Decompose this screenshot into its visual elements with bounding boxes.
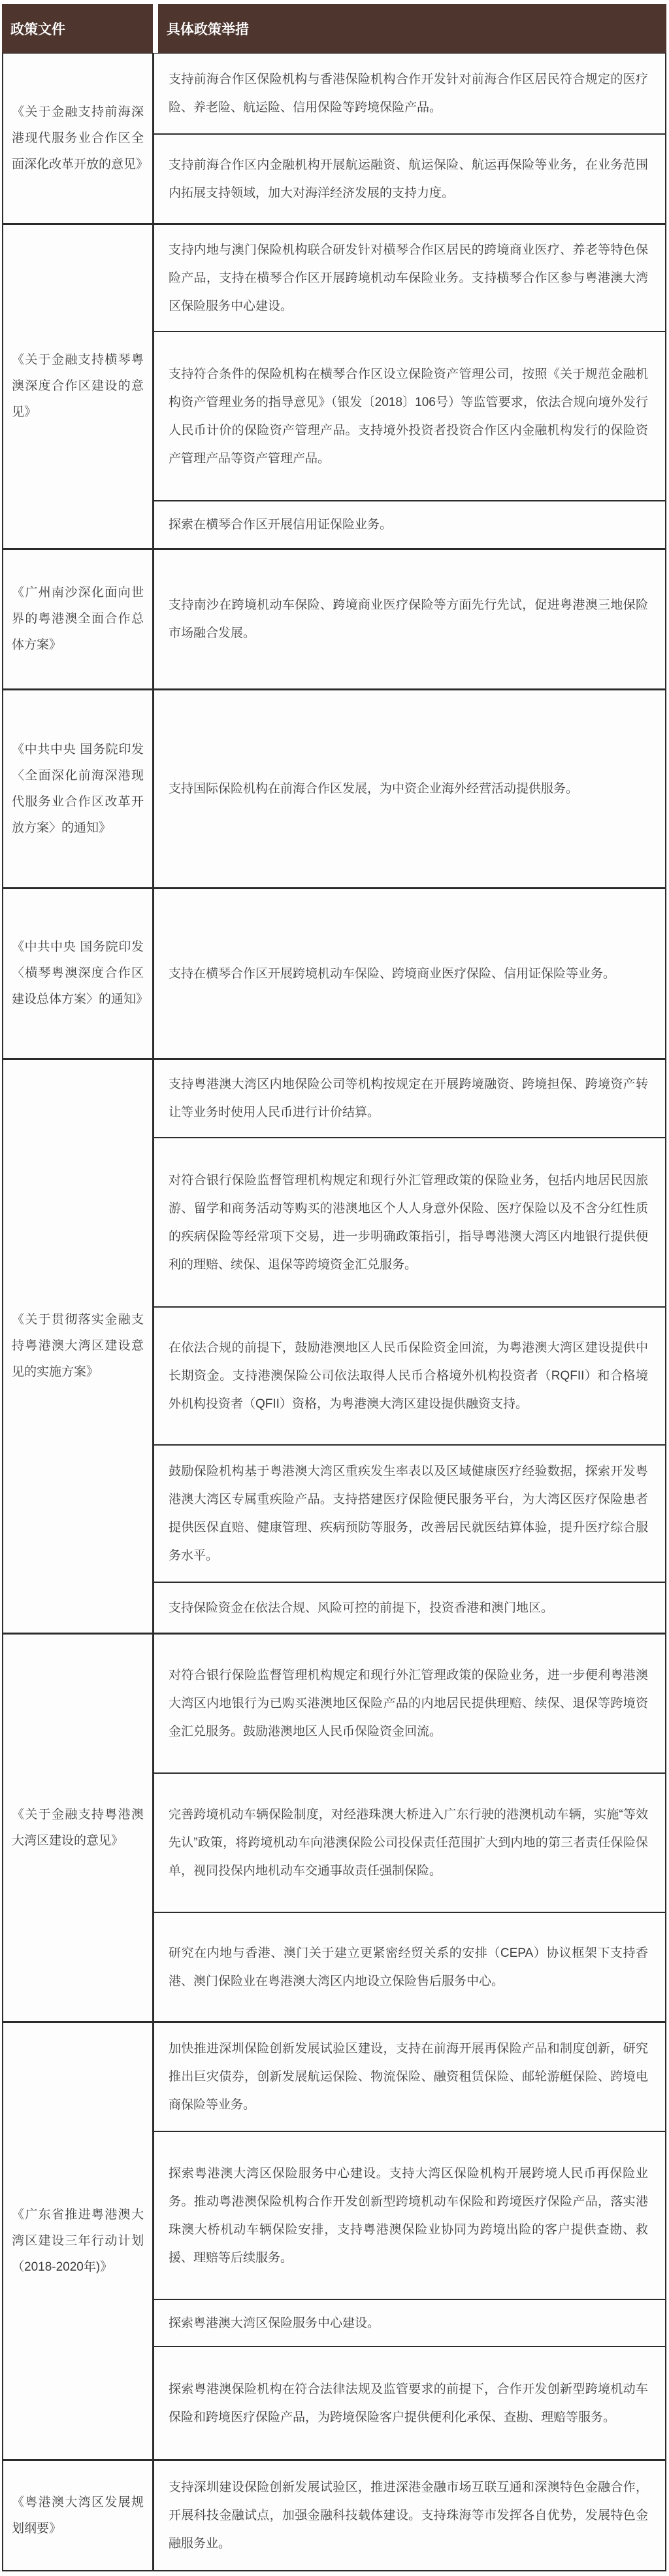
measure-text: 完善跨境机动车辆保险制度，对经港珠澳大桥进入广东行驶的港澳机动车辆，实施“等效先… bbox=[169, 1801, 648, 1885]
measure-cell: 加快推进深圳保险创新发展试验区建设，支持在前海开展再保险产品和制度创新，研究推出… bbox=[154, 2023, 665, 2131]
measure-text: 支持前海合作区保险机构与香港保险机构合作开发针对前海合作区居民符合规定的医疗险、… bbox=[169, 65, 648, 122]
policy-title-cell: 《粤港澳大湾区发展规划纲要》 bbox=[3, 2461, 154, 2570]
measure-text: 研究在内地与香港、澳门关于建立更紧密经贸关系的安排（CEPA）协议框架下支持香港… bbox=[169, 1939, 648, 1995]
measure-text: 探索粤港澳大湾区保险服务中心建设。支持大湾区保险机构开展跨境人民币再保险业务。推… bbox=[169, 2160, 648, 2272]
measure-text: 对符合银行保险监督管理机构规定和现行外汇管理政策的保险业务，包括内地居民因旅游、… bbox=[169, 1166, 648, 1279]
policy-title: 《关于金融支持前海深港现代服务业合作区全面深化改革开放的意见》 bbox=[12, 99, 144, 178]
measure-text: 支持前海合作区内金融机构开展航运融资、航运保险、航运再保险等业务，在业务范围内拓… bbox=[169, 151, 648, 207]
measure-text: 支持深圳建设保险创新发展试验区，推进深港金融市场互联互通和深澳特色金融合作，开展… bbox=[169, 2473, 648, 2558]
measure-cell: 支持前海合作区保险机构与香港保险机构合作开发针对前海合作区居民符合规定的医疗险、… bbox=[154, 54, 665, 133]
measures-column: 支持国际保险机构在前海合作区发展，为中资企业海外经营活动提供服务。 bbox=[154, 690, 665, 887]
policy-title: 《粤港澳大湾区发展规划纲要》 bbox=[12, 2490, 144, 2542]
policy-title: 《关于金融支持横琴粤澳深度合作区建设的意见》 bbox=[12, 347, 144, 426]
measure-cell: 在依法合规的前提下，鼓励港澳地区人民币保险资金回流，为粤港澳大湾区建设提供中长期… bbox=[154, 1306, 665, 1444]
measure-cell: 探索在横琴合作区开展信用证保险业务。 bbox=[154, 500, 665, 548]
measures-column: 支持内地与澳门保险机构联合研发针对横琴合作区居民的跨境商业医疗、养老等特色保险产… bbox=[154, 225, 665, 548]
measures-column: 支持在横琴合作区开展跨境机动车保险、跨境商业医疗保险、信用证保险等业务。 bbox=[154, 889, 665, 1058]
table-body: 《关于金融支持前海深港现代服务业合作区全面深化改革开放的意见》 支持前海合作区保… bbox=[2, 53, 666, 2571]
measures-column: 支持深圳建设保险创新发展试验区，推进深港金融市场互联互通和深澳特色金融合作，开展… bbox=[154, 2461, 665, 2570]
policy-title: 《广州南沙深化面向世界的粤港澳全面合作总体方案》 bbox=[12, 580, 144, 658]
policy-title-cell: 《中共中央 国务院印发〈全面深化前海深港现代服务业合作区改革开放方案〉的通知》 bbox=[3, 690, 154, 887]
measure-cell: 支持国际保险机构在前海合作区发展，为中资企业海外经营活动提供服务。 bbox=[154, 690, 665, 887]
policy-title-cell: 《关于金融支持横琴粤澳深度合作区建设的意见》 bbox=[3, 225, 154, 548]
policy-table: 政策文件 具体政策举措 《关于金融支持前海深港现代服务业合作区全面深化改革开放的… bbox=[0, 0, 669, 2576]
measure-text: 加快推进深圳保险创新发展试验区建设，支持在前海开展再保险产品和制度创新，研究推出… bbox=[169, 2035, 648, 2119]
measure-cell: 支持内地与澳门保险机构联合研发针对横琴合作区居民的跨境商业医疗、养老等特色保险产… bbox=[154, 225, 665, 331]
measure-cell: 支持保险资金在依法合规、风险可控的前提下，投资香港和澳门地区。 bbox=[154, 1582, 665, 1633]
measure-cell: 支持南沙在跨境机动车保险、跨境商业医疗保险等方面先行先试，促进粤港澳三地保险市场… bbox=[154, 550, 665, 688]
table-row: 《中共中央 国务院印发〈横琴粤澳深度合作区建设总体方案〉的通知》 支持在横琴合作… bbox=[3, 887, 665, 1058]
table-row: 《关于金融支持粤港澳大湾区建设的意见》 对符合银行保险监督管理机构规定和现行外汇… bbox=[3, 1633, 665, 2021]
measure-text: 探索粤港澳大湾区保险服务中心建设。 bbox=[169, 2309, 648, 2337]
measure-cell: 鼓励保险机构基于粤港澳大湾区重疾发生率表以及区域健康医疗经验数据，探索开发粤港澳… bbox=[154, 1444, 665, 1582]
measure-cell: 研究在内地与香港、澳门关于建立更紧密经贸关系的安排（CEPA）协议框架下支持香港… bbox=[154, 1912, 665, 2021]
policy-title: 《中共中央 国务院印发〈横琴粤澳深度合作区建设总体方案〉的通知》 bbox=[12, 934, 144, 1013]
header-col-measures: 具体政策举措 bbox=[158, 4, 666, 53]
policy-title-cell: 《中共中央 国务院印发〈横琴粤澳深度合作区建设总体方案〉的通知》 bbox=[3, 889, 154, 1058]
table-row: 《广东省推进粤港澳大湾区建设三年行动计划（2018-2020年)》 加快推进深圳… bbox=[3, 2021, 665, 2459]
measure-cell: 探索粤港澳大湾区保险服务中心建设。 bbox=[154, 2299, 665, 2346]
measure-text: 支持在横琴合作区开展跨境机动车保险、跨境商业医疗保险、信用证保险等业务。 bbox=[169, 960, 648, 988]
measure-text: 探索在横琴合作区开展信用证保险业务。 bbox=[169, 511, 648, 539]
measure-text: 支持南沙在跨境机动车保险、跨境商业医疗保险等方面先行先试，促进粤港澳三地保险市场… bbox=[169, 591, 648, 647]
measure-text: 支持国际保险机构在前海合作区发展，为中资企业海外经营活动提供服务。 bbox=[169, 775, 648, 803]
measure-cell: 支持粤港澳大湾区内地保险公司等机构按规定在开展跨境融资、跨境担保、跨境资产转让等… bbox=[154, 1060, 665, 1137]
table-row: 《中共中央 国务院印发〈全面深化前海深港现代服务业合作区改革开放方案〉的通知》 … bbox=[3, 688, 665, 887]
header-column-divider bbox=[153, 4, 158, 53]
policy-title-cell: 《关于贯彻落实金融支持粤港澳大湾区建设意见的实施方案》 bbox=[3, 1060, 154, 1633]
table-row: 《广州南沙深化面向世界的粤港澳全面合作总体方案》 支持南沙在跨境机动车保险、跨境… bbox=[3, 548, 665, 688]
table-row: 《关于金融支持横琴粤澳深度合作区建设的意见》 支持内地与澳门保险机构联合研发针对… bbox=[3, 223, 665, 548]
measures-column: 支持前海合作区保险机构与香港保险机构合作开发针对前海合作区居民符合规定的医疗险、… bbox=[154, 54, 665, 223]
policy-title: 《关于金融支持粤港澳大湾区建设的意见》 bbox=[12, 1802, 144, 1854]
policy-title-cell: 《广州南沙深化面向世界的粤港澳全面合作总体方案》 bbox=[3, 550, 154, 688]
table-header: 政策文件 具体政策举措 bbox=[2, 4, 666, 53]
measure-text: 对符合银行保险监督管理机构规定和现行外汇管理政策的保险业务，进一步便利粤港澳大湾… bbox=[169, 1661, 648, 1746]
policy-title: 《关于贯彻落实金融支持粤港澳大湾区建设意见的实施方案》 bbox=[12, 1307, 144, 1385]
measure-cell: 完善跨境机动车辆保险制度，对经港珠澳大桥进入广东行驶的港澳机动车辆，实施“等效先… bbox=[154, 1772, 665, 1912]
table-row: 《关于贯彻落实金融支持粤港澳大湾区建设意见的实施方案》 支持粤港澳大湾区内地保险… bbox=[3, 1058, 665, 1633]
measure-text: 鼓励保险机构基于粤港澳大湾区重疾发生率表以及区域健康医疗经验数据，探索开发粤港澳… bbox=[169, 1457, 648, 1570]
measure-cell: 支持前海合作区内金融机构开展航运融资、航运保险、航运再保险等业务，在业务范围内拓… bbox=[154, 133, 665, 223]
measure-text: 探索粤港澳保险机构在符合法律法规及监管要求的前提下，合作开发创新型跨境机动车保险… bbox=[169, 2375, 648, 2432]
measure-cell: 支持符合条件的保险机构在横琴合作区设立保险资产管理公司，按照《关于规范金融机构资… bbox=[154, 331, 665, 500]
measure-cell: 对符合银行保险监督管理机构规定和现行外汇管理政策的保险业务，进一步便利粤港澳大湾… bbox=[154, 1635, 665, 1772]
table-row: 《关于金融支持前海深港现代服务业合作区全面深化改革开放的意见》 支持前海合作区保… bbox=[3, 54, 665, 223]
measure-cell: 支持深圳建设保险创新发展试验区，推进深港金融市场互联互通和深澳特色金融合作，开展… bbox=[154, 2461, 665, 2570]
measures-column: 支持粤港澳大湾区内地保险公司等机构按规定在开展跨境融资、跨境担保、跨境资产转让等… bbox=[154, 1060, 665, 1633]
measure-cell: 探索粤港澳大湾区保险服务中心建设。支持大湾区保险机构开展跨境人民币再保险业务。推… bbox=[154, 2131, 665, 2299]
measures-column: 加快推进深圳保险创新发展试验区建设，支持在前海开展再保险产品和制度创新，研究推出… bbox=[154, 2023, 665, 2459]
measures-column: 对符合银行保险监督管理机构规定和现行外汇管理政策的保险业务，进一步便利粤港澳大湾… bbox=[154, 1635, 665, 2021]
measure-text: 支持内地与澳门保险机构联合研发针对横琴合作区居民的跨境商业医疗、养老等特色保险产… bbox=[169, 236, 648, 320]
policy-title: 《广东省推进粤港澳大湾区建设三年行动计划（2018-2020年)》 bbox=[12, 2202, 144, 2280]
policy-title-cell: 《关于金融支持前海深港现代服务业合作区全面深化改革开放的意见》 bbox=[3, 54, 154, 223]
measures-column: 支持南沙在跨境机动车保险、跨境商业医疗保险等方面先行先试，促进粤港澳三地保险市场… bbox=[154, 550, 665, 688]
table-row: 《粤港澳大湾区发展规划纲要》 支持深圳建设保险创新发展试验区，推进深港金融市场互… bbox=[3, 2459, 665, 2570]
header-col-policy-doc: 政策文件 bbox=[2, 4, 153, 53]
measure-cell: 对符合银行保险监督管理机构规定和现行外汇管理政策的保险业务，包括内地居民因旅游、… bbox=[154, 1137, 665, 1306]
measure-text: 支持符合条件的保险机构在横琴合作区设立保险资产管理公司，按照《关于规范金融机构资… bbox=[169, 360, 648, 473]
measure-text: 支持粤港澳大湾区内地保险公司等机构按规定在开展跨境融资、跨境担保、跨境资产转让等… bbox=[169, 1070, 648, 1127]
measure-text: 支持保险资金在依法合规、风险可控的前提下，投资香港和澳门地区。 bbox=[169, 1594, 648, 1622]
policy-title-cell: 《关于金融支持粤港澳大湾区建设的意见》 bbox=[3, 1635, 154, 2021]
measure-cell: 支持在横琴合作区开展跨境机动车保险、跨境商业医疗保险、信用证保险等业务。 bbox=[154, 889, 665, 1058]
measure-text: 在依法合规的前提下，鼓励港澳地区人民币保险资金回流，为粤港澳大湾区建设提供中长期… bbox=[169, 1334, 648, 1418]
policy-title-cell: 《广东省推进粤港澳大湾区建设三年行动计划（2018-2020年)》 bbox=[3, 2023, 154, 2459]
measure-cell: 探索粤港澳保险机构在符合法律法规及监管要求的前提下，合作开发创新型跨境机动车保险… bbox=[154, 2346, 665, 2459]
policy-title: 《中共中央 国务院印发〈全面深化前海深港现代服务业合作区改革开放方案〉的通知》 bbox=[12, 737, 144, 841]
